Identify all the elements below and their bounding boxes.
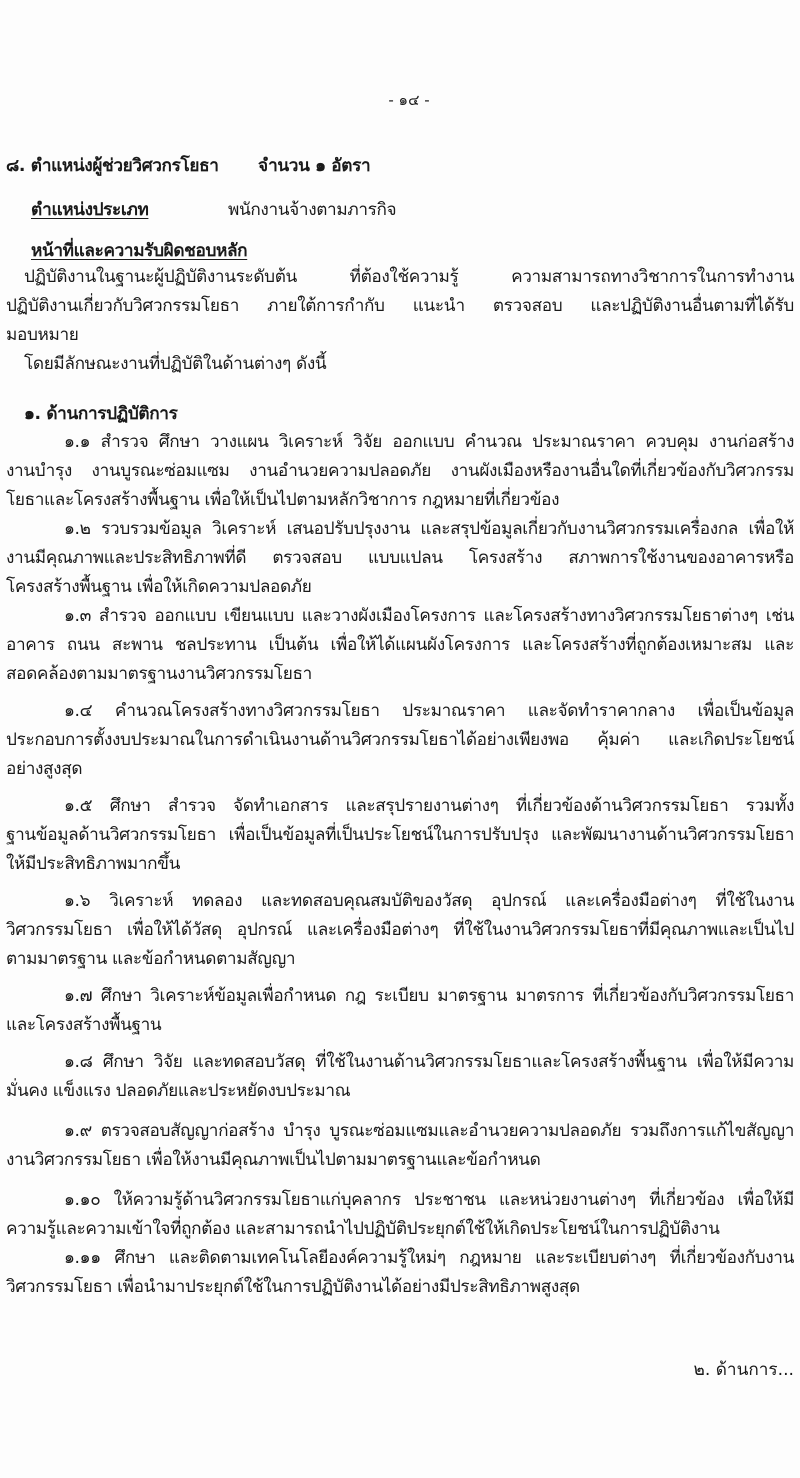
item-1-5-line-3: ให้มีประสิทธิภาพมากขึ้น (6, 850, 180, 879)
item-1-3-line-3: สอดคล้องตามมาตรฐานงานวิศวกรรมโยธา (6, 660, 312, 689)
duties-heading: หน้าที่และความรับผิดชอบหลัก (31, 237, 247, 266)
item-1-3-line-1: ๑.๓ สำรวจ ออกแบบ เขียนแบบ และวางผังเมือง… (64, 602, 794, 631)
item-1-11-line-1: ๑.๑๑ ศึกษา และติดตามเทคโนโลยีองค์ความรู้… (64, 1244, 794, 1273)
item-1-2-line-2: งานมีคุณภาพและประสิทธิภาพที่ดี ตรวจสอบ แ… (6, 544, 794, 573)
section-1-heading: ๑. ด้านการปฏิบัติการ (24, 400, 178, 429)
item-1-4-line-2: ประกอบการตั้งงบประมาณในการดำเนินงานด้านว… (6, 726, 794, 755)
item-1-8-line-2: มั่นคง แข็งแรง ปลอดภัยและประหยัดงบประมาณ (6, 1077, 350, 1106)
position-type-label: ตำแหน่งประเภท (31, 196, 148, 225)
item-1-6-line-3: ตามมาตรฐาน และข้อกำหนดตามสัญญา (6, 945, 295, 974)
intro-line-2: ปฏิบัติงานเกี่ยวกับวิศวกรรมโยธา ภายใต้กา… (6, 292, 794, 321)
item-1-2-line-3: โครงสร้างพื้นฐาน เพื่อให้เกิดความปลอดภัย (6, 573, 312, 602)
item-1-4-line-3: อย่างสูงสุด (6, 755, 82, 784)
characteristics-text: โดยมีลักษณะงานที่ปฏิบัติในด้านต่างๆ ดังน… (24, 350, 326, 379)
page-number: - ๑๔ - (0, 88, 800, 112)
item-1-6-line-2: วิศวกรรมโยธา เพื่อให้ได้วัสดุ อุปกรณ์ แล… (6, 916, 794, 945)
document-page: - ๑๔ - ๘. ตำแหน่งผู้ช่วยวิศวกรโยธา จำนวน… (0, 0, 800, 1478)
item-1-1-line-3: โยธาและโครงสร้างพื้นฐาน เพื่อให้เป็นไปตา… (6, 486, 559, 515)
item-1-10-line-1: ๑.๑๐ ให้ความรู้ด้านวิศวกรรมโยธาแก่บุคลาก… (64, 1186, 794, 1215)
position-title: ๘. ตำแหน่งผู้ช่วยวิศวกรโยธา (6, 152, 219, 181)
item-1-5-line-1: ๑.๕ ศึกษา สำรวจ จัดทำเอกสาร และสรุปรายงา… (64, 792, 794, 821)
item-1-5-line-2: ฐานข้อมูลด้านวิศวกรรมโยธา เพื่อเป็นข้อมู… (6, 821, 794, 850)
item-1-9-line-2: งานวิศวกรรมโยธา เพื่อให้งานมีคุณภาพเป็นไ… (6, 1146, 540, 1175)
item-1-1-line-2: งานบำรุง งานบูรณะซ่อมแซม งานอำนวยความปลอ… (6, 457, 794, 486)
item-1-4-line-1: ๑.๔ คำนวณโครงสร้างทางวิศวกรรมโยธา ประมาณ… (64, 697, 794, 726)
item-1-3-line-2: อาคาร ถนน สะพาน ชลประทาน เป็นต้น เพื่อให… (6, 631, 794, 660)
position-type-value: พนักงานจ้างตามภารกิจ (228, 196, 396, 225)
item-1-2-line-1: ๑.๒ รวบรวมข้อมูล วิเคราะห์ เสนอปรับปรุงง… (64, 515, 794, 544)
item-1-1-line-1: ๑.๑ สำรวจ ศึกษา วางแผน วิเคราะห์ วิจัย อ… (64, 428, 794, 457)
position-count: จำนวน ๑ อัตรา (258, 152, 370, 181)
item-1-7-line-1: ๑.๗ ศึกษา วิเคราะห์ข้อมูลเพื่อกำหนด กฎ ร… (64, 982, 794, 1011)
intro-line-1: ปฏิบัติงานในฐานะผู้ปฏิบัติงานระดับต้น ที… (24, 263, 794, 292)
item-1-7-line-2: และโครงสร้างพื้นฐาน (6, 1011, 161, 1040)
item-1-8-line-1: ๑.๘ ศึกษา วิจัย และทดสอบวัสดุ ที่ใช้ในงา… (64, 1048, 794, 1077)
item-1-11-line-2: วิศวกรรมโยธา เพื่อนำมาประยุกต์ใช้ในการปฏ… (6, 1273, 580, 1302)
item-1-6-line-1: ๑.๖ วิเคราะห์ ทดลอง และทดสอบคุณสมบัติของ… (64, 887, 794, 916)
intro-line-3: มอบหมาย (6, 321, 79, 350)
item-1-9-line-1: ๑.๙ ตรวจสอบสัญญาก่อสร้าง บำรุง บูรณะซ่อม… (64, 1117, 794, 1146)
continuation-text: ๒. ด้านการ... (694, 1356, 795, 1385)
item-1-10-line-2: ความรู้และความเข้าใจที่ถูกต้อง และสามารถ… (6, 1215, 720, 1244)
